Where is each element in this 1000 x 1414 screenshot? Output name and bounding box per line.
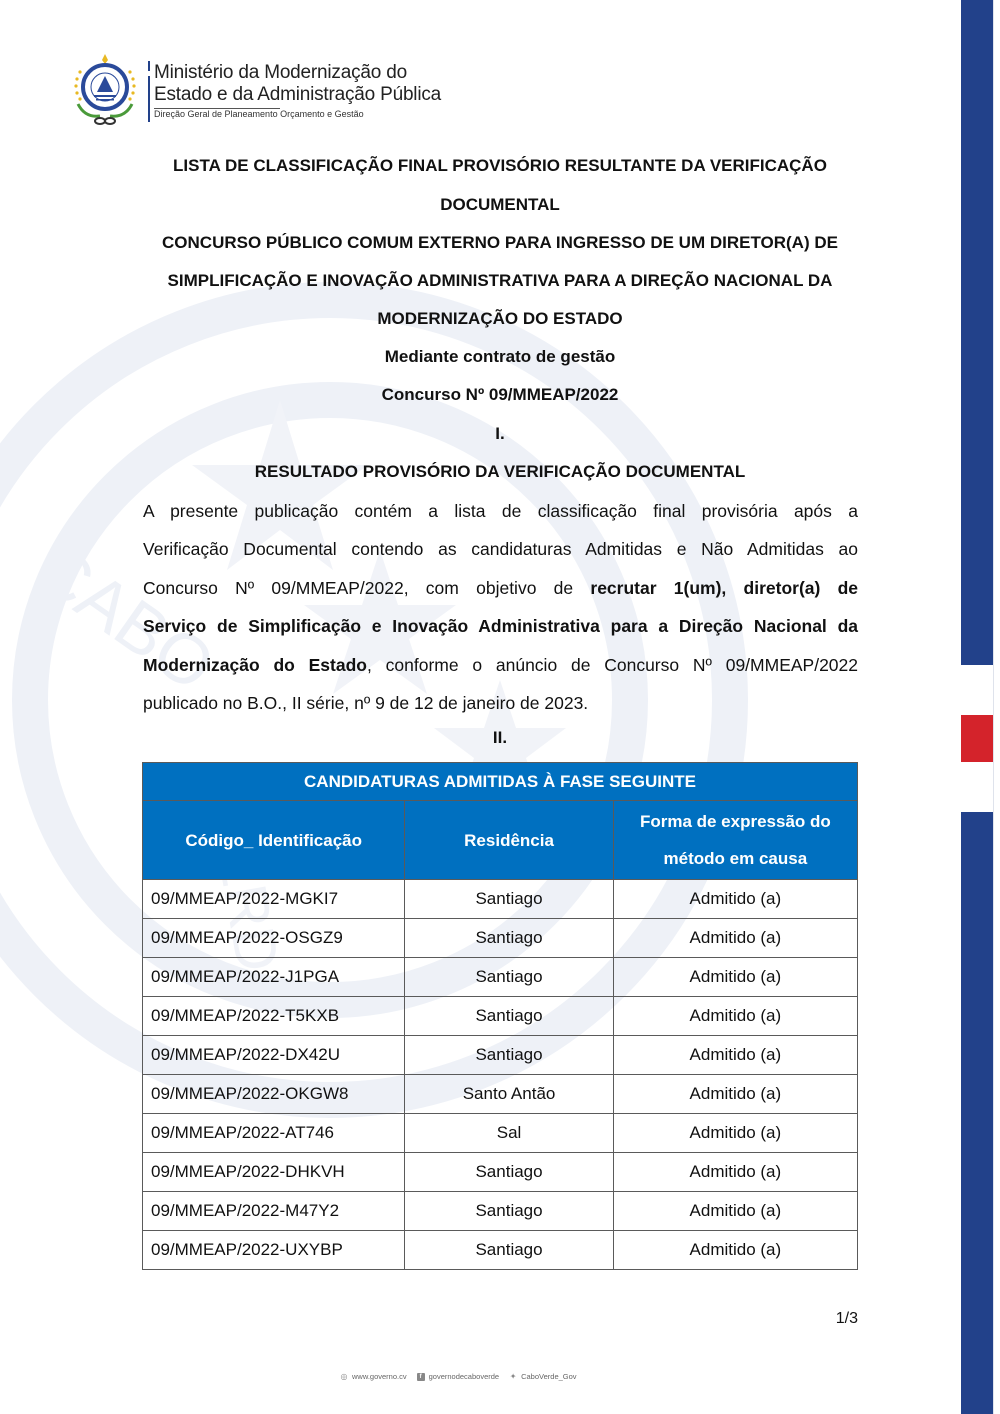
- candidate-code: 09/MMEAP/2022-OSGZ9: [143, 919, 405, 958]
- section-2-number: II.: [140, 728, 860, 748]
- table-row: 09/MMEAP/2022-AT746SalAdmitido (a): [143, 1114, 858, 1153]
- column-header-residence: Residência: [405, 801, 613, 880]
- candidate-residence: Santiago: [405, 1153, 613, 1192]
- candidate-code: 09/MMEAP/2022-M47Y2: [143, 1192, 405, 1231]
- page-edge: [993, 0, 994, 1414]
- table-row: 09/MMEAP/2022-UXYBPSantiagoAdmitido (a): [143, 1231, 858, 1270]
- footer-facebook-link[interactable]: governodecaboverde: [429, 1372, 499, 1381]
- candidate-code: 09/MMEAP/2022-OKGW8: [143, 1075, 405, 1114]
- table-title: CANDIDATURAS ADMITIDAS À FASE SEGUINTE: [143, 763, 858, 801]
- table-row: 09/MMEAP/2022-M47Y2SantiagoAdmitido (a): [143, 1192, 858, 1231]
- candidate-code: 09/MMEAP/2022-DX42U: [143, 1036, 405, 1075]
- candidate-status: Admitido (a): [613, 997, 857, 1036]
- table-body: 09/MMEAP/2022-MGKI7SantiagoAdmitido (a)0…: [143, 880, 858, 1270]
- paragraph-line: Modernização do Estado, conforme o anúnc…: [143, 646, 858, 684]
- ministry-logo: Ministério da Modernização do Estado e d…: [70, 52, 470, 132]
- table-row: 09/MMEAP/2022-MGKI7SantiagoAdmitido (a): [143, 880, 858, 919]
- footer-twitter-link[interactable]: CaboVerde_Gov: [521, 1372, 576, 1381]
- contract-type: Mediante contrato de gestão: [140, 347, 860, 367]
- candidate-code: 09/MMEAP/2022-DHKVH: [143, 1153, 405, 1192]
- footer-website-link[interactable]: www.governo.cv: [352, 1372, 407, 1381]
- candidate-status: Admitido (a): [613, 958, 857, 997]
- table-row: 09/MMEAP/2022-OKGW8Santo AntãoAdmitido (…: [143, 1075, 858, 1114]
- candidate-code: 09/MMEAP/2022-UXYBP: [143, 1231, 405, 1270]
- paragraph-line: A presente publicação contém a lista de …: [143, 492, 858, 530]
- title-line-3: CONCURSO PÚBLICO COMUM EXTERNO PARA INGR…: [140, 233, 860, 253]
- table-row: 09/MMEAP/2022-OSGZ9SantiagoAdmitido (a): [143, 919, 858, 958]
- title-line-4: SIMPLIFICAÇÃO E INOVAÇÃO ADMINISTRATIVA …: [140, 271, 860, 291]
- logo-divider: [148, 76, 150, 122]
- flag-stripe-blue-bottom: [961, 812, 993, 1414]
- paragraph-bold-text: recrutar 1(um), diretor(a) de: [590, 578, 858, 598]
- candidate-status: Admitido (a): [613, 1192, 857, 1231]
- candidate-status: Admitido (a): [613, 1036, 857, 1075]
- flag-stripe-red: [961, 715, 993, 762]
- candidate-residence: Santo Antão: [405, 1075, 613, 1114]
- section-1-title: RESULTADO PROVISÓRIO DA VERIFICAÇÃO DOCU…: [140, 462, 860, 482]
- candidate-status: Admitido (a): [613, 1075, 857, 1114]
- twitter-icon: ✦: [509, 1373, 517, 1381]
- candidate-residence: Santiago: [405, 997, 613, 1036]
- admitted-candidates-table: CANDIDATURAS ADMITIDAS À FASE SEGUINTE C…: [142, 762, 858, 1270]
- paragraph-bold-text: Modernização do Estado: [143, 655, 367, 675]
- candidate-status: Admitido (a): [613, 919, 857, 958]
- globe-icon: ◎: [340, 1373, 348, 1381]
- candidate-residence: Santiago: [405, 1231, 613, 1270]
- candidate-code: 09/MMEAP/2022-T5KXB: [143, 997, 405, 1036]
- facebook-icon: f: [417, 1373, 425, 1381]
- table-row: 09/MMEAP/2022-DX42USantiagoAdmitido (a): [143, 1036, 858, 1075]
- candidate-residence: Santiago: [405, 919, 613, 958]
- ministry-name-line1: Ministério da Modernização do: [154, 62, 441, 84]
- candidate-residence: Santiago: [405, 880, 613, 919]
- title-line-5: MODERNIZAÇÃO DO ESTADO: [140, 309, 860, 329]
- concurso-number: Concurso Nº 09/MMEAP/2022: [140, 385, 860, 405]
- ministry-name: Ministério da Modernização do Estado e d…: [154, 62, 441, 106]
- department-name: Direção Geral de Planeamento Orçamento e…: [154, 108, 364, 120]
- paragraph-line: Concurso Nº 09/MMEAP/2022, com objetivo …: [143, 569, 858, 607]
- coat-of-arms-icon: [70, 52, 140, 127]
- candidate-residence: Santiago: [405, 1192, 613, 1231]
- table-row: 09/MMEAP/2022-T5KXBSantiagoAdmitido (a): [143, 997, 858, 1036]
- paragraph-line: Serviço de Simplificação e Inovação Admi…: [143, 607, 858, 645]
- paragraph-text: Concurso Nº 09/MMEAP/2022, com objetivo …: [143, 578, 590, 598]
- candidate-status: Admitido (a): [613, 1231, 857, 1270]
- candidate-code: 09/MMEAP/2022-MGKI7: [143, 880, 405, 919]
- ministry-name-line2: Estado e da Administração Pública: [154, 84, 441, 106]
- title-line-1: LISTA DE CLASSIFICAÇÃO FINAL PROVISÓRIO …: [140, 156, 860, 176]
- candidate-status: Admitido (a): [613, 1153, 857, 1192]
- paragraph-line: publicado no B.O., II série, nº 9 de 12 …: [143, 684, 858, 722]
- candidate-code: 09/MMEAP/2022-AT746: [143, 1114, 405, 1153]
- paragraph-bold-text: Serviço de Simplificação e Inovação Admi…: [143, 616, 858, 636]
- column-header-code: Código_ Identificação: [143, 801, 405, 880]
- candidate-code: 09/MMEAP/2022-J1PGA: [143, 958, 405, 997]
- candidate-status: Admitido (a): [613, 1114, 857, 1153]
- candidate-residence: Santiago: [405, 958, 613, 997]
- paragraph-line: Verificação Documental contendo as candi…: [143, 530, 858, 568]
- page-number: 1/3: [780, 1310, 858, 1328]
- candidate-residence: Santiago: [405, 1036, 613, 1075]
- section-1-number: I.: [140, 424, 860, 444]
- title-line-2: DOCUMENTAL: [140, 195, 860, 215]
- intro-paragraph: A presente publicação contém a lista de …: [143, 492, 858, 722]
- footer: ◎ www.governo.cv f governodecaboverde ✦ …: [340, 1372, 600, 1381]
- flag-stripe-blue-top: [961, 0, 993, 665]
- candidate-status: Admitido (a): [613, 880, 857, 919]
- column-header-method: Forma de expressão do método em causa: [613, 801, 857, 880]
- table-row: 09/MMEAP/2022-J1PGASantiagoAdmitido (a): [143, 958, 858, 997]
- table-row: 09/MMEAP/2022-DHKVHSantiagoAdmitido (a): [143, 1153, 858, 1192]
- logo-divider: [148, 61, 150, 71]
- candidate-residence: Sal: [405, 1114, 613, 1153]
- paragraph-text: , conforme o anúncio de Concurso Nº 09/M…: [367, 655, 858, 675]
